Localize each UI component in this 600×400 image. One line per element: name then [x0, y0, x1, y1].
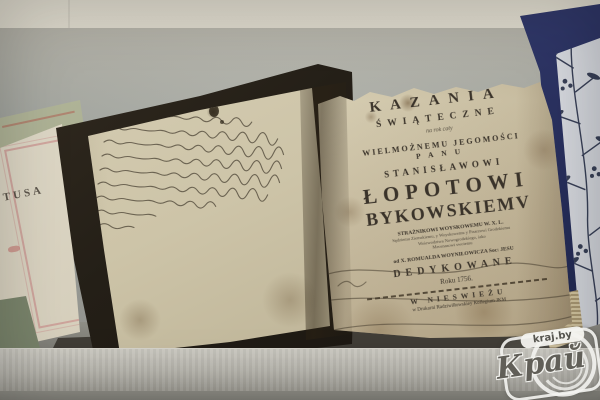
kraj-by-watermark: kraj.by Край — [490, 324, 600, 400]
certificate-ornament — [8, 245, 21, 253]
museum-book-photograph: TUSA — [0, 0, 600, 400]
